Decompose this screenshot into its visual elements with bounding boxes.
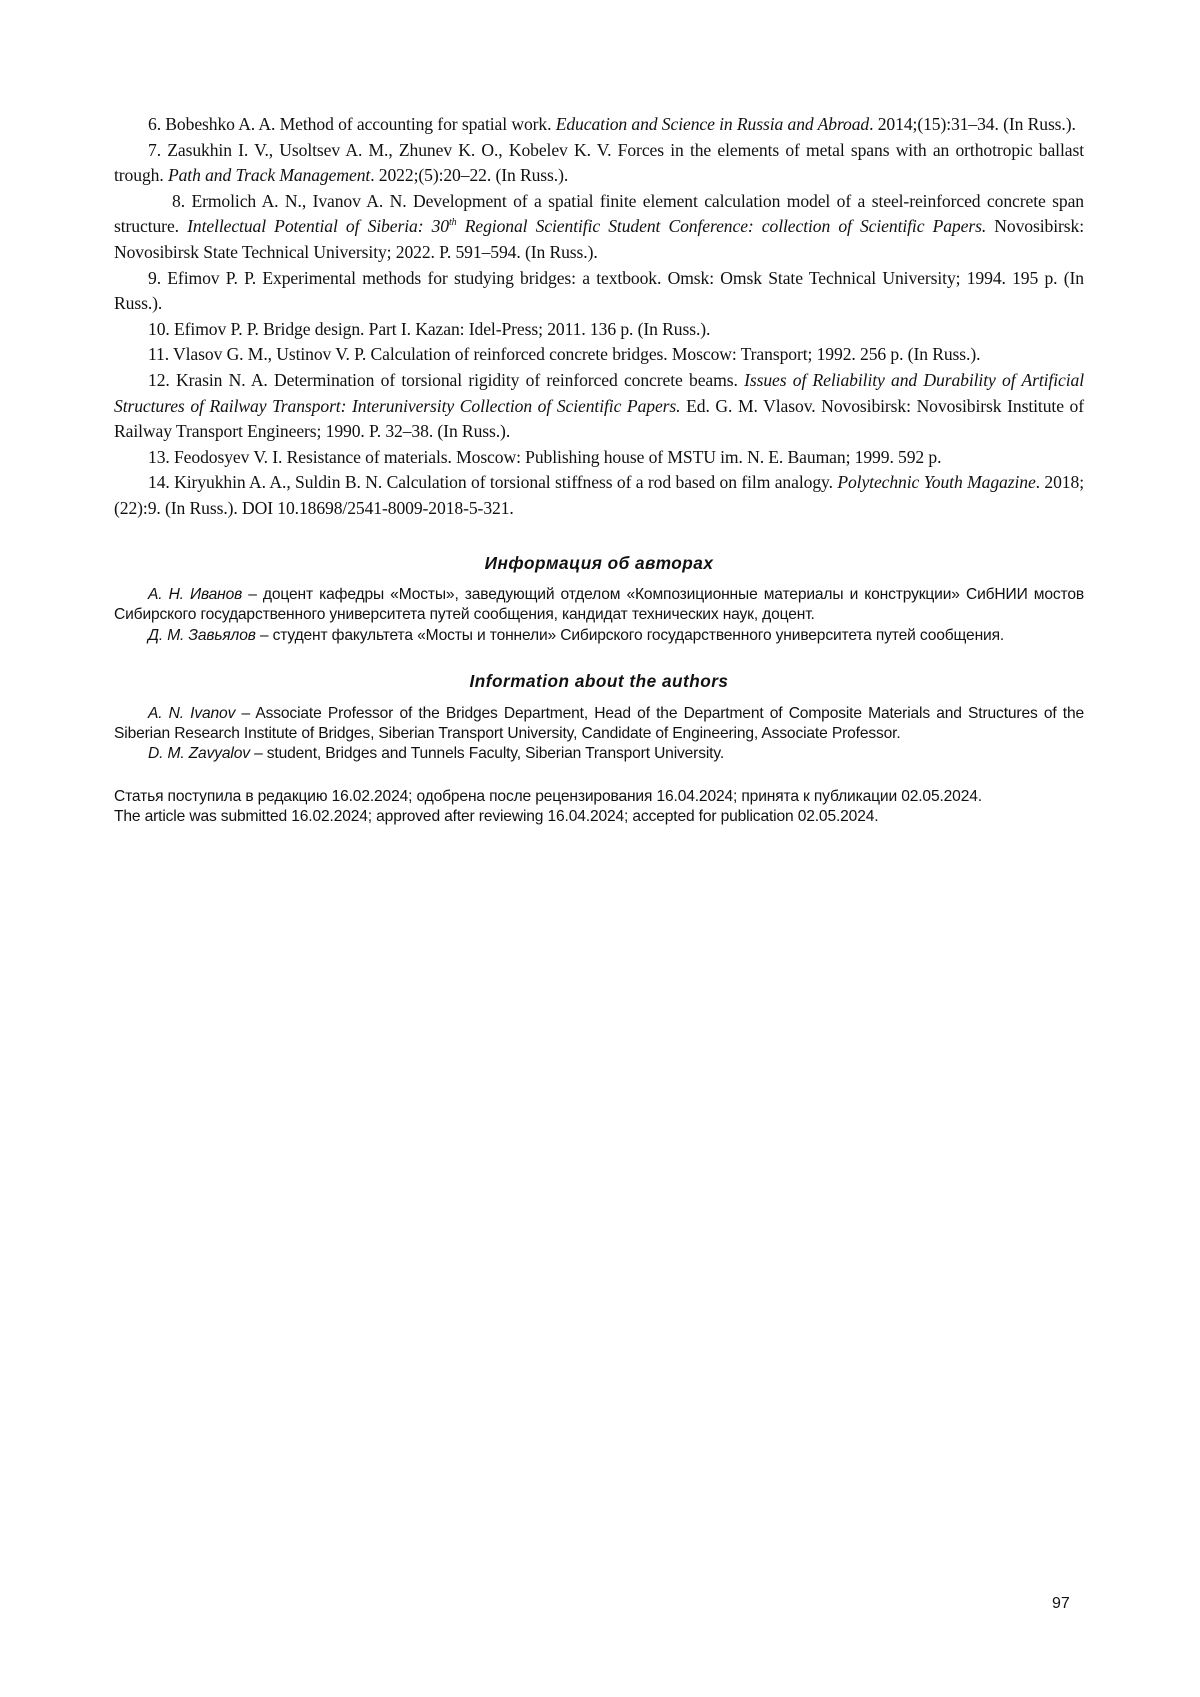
author-entry: A. N. Ivanov – Associate Professor of th… [114,704,1084,745]
reference-item: 14. Kiryukhin A. A., Suldin B. N. Calcul… [114,470,1084,521]
author-entry: Д. М. Завьялов – студент факультета «Мос… [114,626,1084,646]
reference-item: 13. Feodosyev V. I. Resistance of materi… [114,445,1084,471]
article-dates: Статья поступила в редакцию 16.02.2024; … [114,787,1084,828]
reference-list: 6. Bobeshko A. A. Method of accounting f… [114,112,1084,522]
reference-item: 6. Bobeshko A. A. Method of accounting f… [114,112,1084,138]
author-entry: D. M. Zavyalov – student, Bridges and Tu… [114,744,1084,764]
author-entry: А. Н. Иванов – доцент кафедры «Мосты», з… [114,585,1084,626]
dates-en: The article was submitted 16.02.2024; ap… [114,807,1084,827]
section-heading: Information about the authors [114,671,1084,691]
reference-item: 11. Vlasov G. M., Ustinov V. P. Calculat… [114,342,1084,368]
reference-item: 8. Ermolich A. N., Ivanov A. N. Developm… [114,189,1084,266]
authors-info-ru: Информация об авторах А. Н. Иванов – доц… [114,553,1084,647]
page-number: 97 [1052,1595,1070,1613]
dates-ru: Статья поступила в редакцию 16.02.2024; … [114,787,1084,807]
reference-item: 12. Krasin N. A. Determination of torsio… [114,368,1084,445]
page-content: 6. Bobeshko A. A. Method of accounting f… [114,112,1084,828]
reference-item: 10. Efimov P. P. Bridge design. Part I. … [114,317,1084,343]
section-heading: Информация об авторах [114,553,1084,573]
reference-item: 9. Efimov P. P. Experimental methods for… [114,266,1084,317]
reference-item: 7. Zasukhin I. V., Usoltsev A. M., Zhune… [114,138,1084,189]
authors-info-en: Information about the authors A. N. Ivan… [114,671,1084,765]
